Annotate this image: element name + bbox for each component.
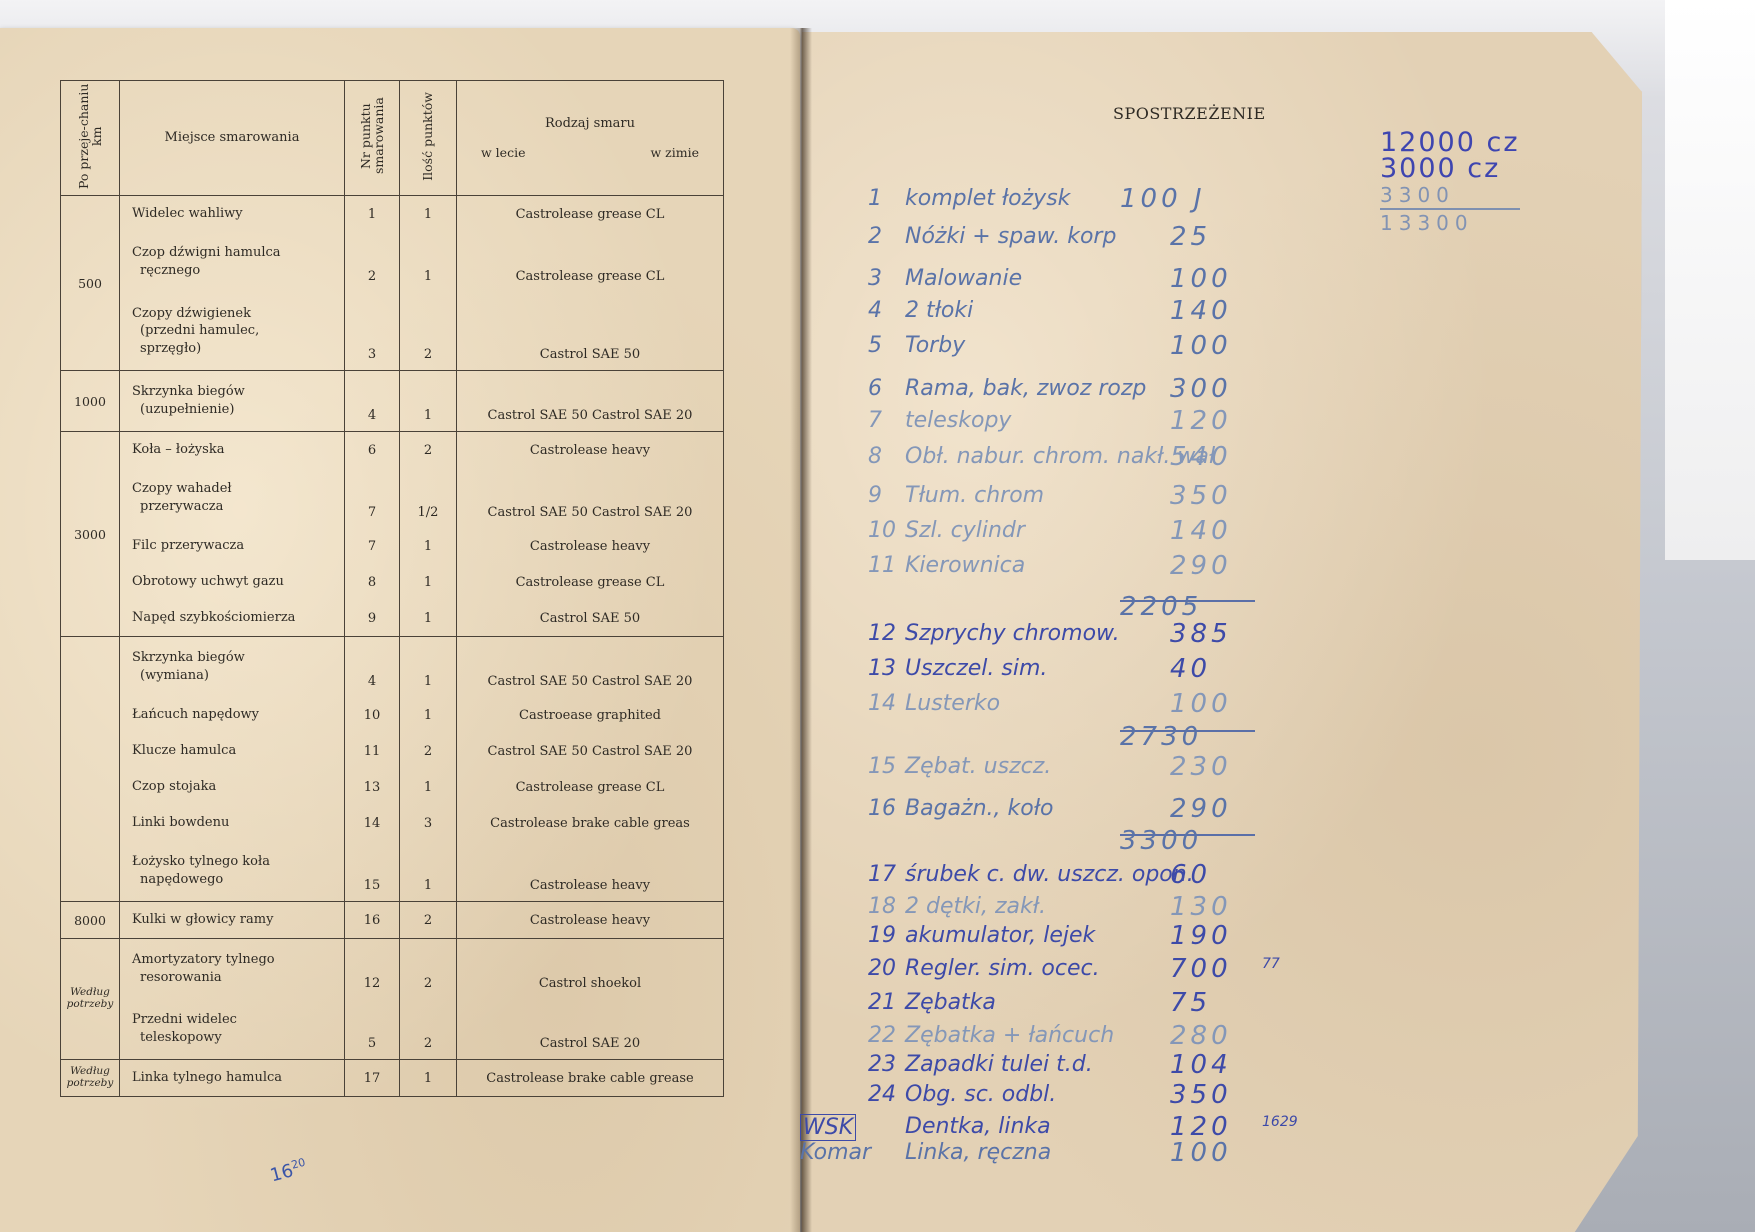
point-number: 3: [345, 292, 400, 371]
point-count: 1: [400, 1060, 457, 1097]
note-number: 22: [868, 1023, 896, 1048]
grease-type: Castrol SAE 50 Castrol SAE 20: [457, 637, 724, 698]
km-interval: [61, 637, 120, 902]
lubrication-place: Klucze hamulca: [120, 733, 345, 769]
lubrication-table: Po przeje-chaniu km Miejsce smarowania N…: [60, 80, 724, 1097]
lubrication-place: Łożysko tylnego kołanapędowego: [120, 841, 345, 902]
note-description: Dentka, linka: [905, 1114, 1051, 1139]
corner-calculation: 12000 cz 3000 cz 3300 13300: [1380, 130, 1520, 236]
point-number: 7: [345, 528, 400, 564]
calc-line: 3000 cz: [1380, 156, 1520, 182]
table-row: Czop dźwigni hamulcaręcznego21Castroleas…: [61, 232, 724, 292]
note-amount: 540: [1170, 442, 1232, 472]
table-row: 3000Koła – łożyska62Castrolease heavy: [61, 432, 724, 469]
grease-type: Castrolease grease CL: [457, 232, 724, 292]
point-number: 4: [345, 637, 400, 698]
place-line: resorowania: [132, 969, 344, 987]
note-number: WSK: [800, 1114, 856, 1141]
lubrication-place: Przedni widelecteleskopowy: [120, 999, 345, 1060]
lubrication-place: Linki bowdenu: [120, 805, 345, 841]
place-line: Skrzynka biegów: [132, 649, 344, 667]
place-line: Napęd szybkościomierza: [132, 609, 344, 627]
table-row: 1000Skrzynka biegów(uzupełnienie)41Castr…: [61, 371, 724, 432]
table-row: Według potrzebyAmortyzatory tylnegoresor…: [61, 939, 724, 1000]
table-row: 8000Kulki w głowicy ramy162Castrolease h…: [61, 902, 724, 939]
lubrication-place: Skrzynka biegów(uzupełnienie): [120, 371, 345, 432]
point-count: 2: [400, 292, 457, 371]
grease-type: Castrol SAE 50 Castrol SAE 20: [457, 468, 724, 528]
table-row: Skrzynka biegów(wymiana)41Castrol SAE 50…: [61, 637, 724, 698]
point-count: 3: [400, 805, 457, 841]
lubrication-place: Napęd szybkościomierza: [120, 600, 345, 637]
note-amount: 300: [1170, 374, 1232, 404]
note-number: 3: [868, 266, 882, 291]
lubrication-place: Kulki w głowicy ramy: [120, 902, 345, 939]
note-amount: 700: [1170, 954, 1232, 984]
note-number: 6: [868, 376, 882, 401]
note-amount: 120: [1170, 406, 1232, 436]
grease-type: Castrol SAE 20: [457, 999, 724, 1060]
km-interval: 500: [61, 196, 120, 371]
point-count: 1: [400, 769, 457, 805]
table-header-row: Po przeje-chaniu km Miejsce smarowania N…: [61, 81, 724, 196]
grease-type: Castrolease brake cable greas: [457, 805, 724, 841]
note-number: Komar: [800, 1140, 871, 1165]
note-description: Zębatka + łańcuch: [905, 1023, 1114, 1048]
point-count: 1: [400, 637, 457, 698]
grease-type: Castrolease heavy: [457, 432, 724, 469]
lubrication-place: Czop dźwigni hamulcaręcznego: [120, 232, 345, 292]
note-amount: 290: [1170, 794, 1232, 824]
lubrication-place: Skrzynka biegów(wymiana): [120, 637, 345, 698]
table-row: Napęd szybkościomierza91Castrol SAE 50: [61, 600, 724, 637]
table-row: Czopy dźwigienek(przedni hamulec,sprzęgł…: [61, 292, 724, 371]
note-description: 2 tłoki: [905, 298, 973, 323]
place-line: przerywacza: [132, 498, 344, 516]
grease-type: Castrolease heavy: [457, 528, 724, 564]
book-spine: [790, 28, 812, 1232]
table-row: Linki bowdenu143Castrolease brake cable …: [61, 805, 724, 841]
lubrication-place: Czopy wahadełprzerywacza: [120, 468, 345, 528]
table-row: Klucze hamulca112Castrol SAE 50 Castrol …: [61, 733, 724, 769]
point-number: 2: [345, 232, 400, 292]
lubrication-place: Filc przerywacza: [120, 528, 345, 564]
note-amount: 350: [1170, 1080, 1232, 1110]
note-number: 20: [868, 956, 896, 981]
point-number: 6: [345, 432, 400, 469]
place-line: Przedni widelec: [132, 1011, 344, 1029]
table-row: Obrotowy uchwyt gazu81Castrolease grease…: [61, 564, 724, 600]
note-description: 2 dętki, zakł.: [905, 894, 1046, 919]
lubrication-place: Czop stojaka: [120, 769, 345, 805]
km-interval: 1000: [61, 371, 120, 432]
place-line: Klucze hamulca: [132, 742, 344, 760]
grease-type: Castrol SAE 50 Castrol SAE 20: [457, 733, 724, 769]
header-winter: w zimie: [650, 145, 699, 160]
point-count: 1/2: [400, 468, 457, 528]
table-row: Według potrzebyLinka tylnego hamulca171C…: [61, 1060, 724, 1097]
point-number: 9: [345, 600, 400, 637]
lubrication-place: Czopy dźwigienek(przedni hamulec,sprzęgł…: [120, 292, 345, 371]
place-line: teleskopowy: [132, 1029, 344, 1047]
note-description: Nóżki + spaw. korp: [905, 224, 1116, 249]
note-description: Obg. sc. odbl.: [905, 1082, 1056, 1107]
note-number: 4: [868, 298, 882, 323]
point-count: 2: [400, 999, 457, 1060]
note-subtotal: 2205: [1120, 592, 1202, 622]
point-count: 2: [400, 432, 457, 469]
note-number: 16: [868, 796, 896, 821]
point-count: 2: [400, 733, 457, 769]
grease-type: Castrolease grease CL: [457, 196, 724, 233]
point-count: 2: [400, 902, 457, 939]
point-count: 1: [400, 528, 457, 564]
point-count: 1: [400, 841, 457, 902]
note-amount: 100 J: [1120, 184, 1206, 214]
note-description: Szl. cylindr: [905, 518, 1025, 543]
note-description: Uszczel. sim.: [905, 656, 1047, 681]
note-number: 17: [868, 862, 896, 887]
note-number: 23: [868, 1052, 896, 1077]
note-amount: 25: [1170, 222, 1211, 252]
point-number: 16: [345, 902, 400, 939]
point-number: 8: [345, 564, 400, 600]
note-amount: 290: [1170, 551, 1232, 581]
place-line: Czop stojaka: [132, 778, 344, 796]
note-description: komplet łożysk: [905, 186, 1070, 211]
table-row: Filc przerywacza71Castrolease heavy: [61, 528, 724, 564]
note-amount: 60: [1170, 860, 1211, 890]
lubrication-place: Koła – łożyska: [120, 432, 345, 469]
point-number: 12: [345, 939, 400, 1000]
note-description: Malowanie: [905, 266, 1022, 291]
km-interval: 3000: [61, 432, 120, 637]
note-description: Zębatka: [905, 990, 996, 1015]
note-amount: 140: [1170, 516, 1232, 546]
note-number: 18: [868, 894, 896, 919]
place-line: Czopy dźwigienek: [132, 305, 344, 323]
point-number: 5: [345, 999, 400, 1060]
note-amount: 140: [1170, 296, 1232, 326]
place-line: Filc przerywacza: [132, 537, 344, 555]
note-number: 15: [868, 754, 896, 779]
place-line: Obrotowy uchwyt gazu: [132, 573, 344, 591]
note-amount: 100: [1170, 264, 1232, 294]
note-description: teleskopy: [905, 408, 1011, 433]
note-number: 5: [868, 333, 882, 358]
note-number: 7: [868, 408, 882, 433]
table-row: 500Widelec wahliwy11Castrolease grease C…: [61, 196, 724, 233]
lubrication-place: Amortyzatory tylnegoresorowania: [120, 939, 345, 1000]
point-count: 1: [400, 564, 457, 600]
note-amount: 350: [1170, 481, 1232, 511]
note-description: Bagażn., koło: [905, 796, 1053, 821]
note-description: Obł. nabur. chrom. nakł. wał: [905, 444, 1215, 469]
page-title: SPOSTRZEŻENIE: [1113, 104, 1266, 123]
grease-type: Castrolease grease CL: [457, 564, 724, 600]
place-line: Linka tylnego hamulca: [132, 1069, 344, 1087]
table-row: Czopy wahadełprzerywacza71/2Castrol SAE …: [61, 468, 724, 528]
grease-type: Castrolease heavy: [457, 902, 724, 939]
lubrication-place: Łańcuch napędowy: [120, 697, 345, 733]
point-number: 11: [345, 733, 400, 769]
grease-type: Castrol shoekol: [457, 939, 724, 1000]
header-grease-type-label: Rodzaj smaru: [457, 116, 723, 131]
table-row: Łożysko tylnego kołanapędowego151Castrol…: [61, 841, 724, 902]
point-number: 4: [345, 371, 400, 432]
table-row: Przedni widelecteleskopowy52Castrol SAE …: [61, 999, 724, 1060]
place-line: Widelec wahliwy: [132, 205, 344, 223]
point-number: 13: [345, 769, 400, 805]
km-interval: Według potrzeby: [61, 1060, 120, 1097]
calc-line: 13300: [1380, 208, 1520, 236]
note-subtotal: 3300: [1120, 826, 1202, 856]
place-line: (uzupełnienie): [132, 401, 344, 419]
place-line: sprzęgło): [132, 340, 344, 358]
point-count: 2: [400, 939, 457, 1000]
grease-type: Castrol SAE 50: [457, 292, 724, 371]
note-number: 19: [868, 923, 896, 948]
place-line: ręcznego: [132, 262, 344, 280]
table-body: 500Widelec wahliwy11Castrolease grease C…: [61, 196, 724, 1097]
lubrication-place: Linka tylnego hamulca: [120, 1060, 345, 1097]
note-number: 2: [868, 224, 882, 249]
note-number: 11: [868, 553, 896, 578]
note-description: Torby: [905, 333, 965, 358]
note-amount: 100: [1170, 689, 1232, 719]
grease-type: Castrolease brake cable grease: [457, 1060, 724, 1097]
calc-line: 3300: [1380, 182, 1520, 208]
place-line: Linki bowdenu: [132, 814, 344, 832]
header-point-nr: Nr punktu smarowania: [345, 81, 400, 196]
note-side-figure: 77: [1262, 956, 1280, 972]
header-point-count: Ilość punktów: [400, 81, 457, 196]
note-amount: 230: [1170, 752, 1232, 782]
point-number: 14: [345, 805, 400, 841]
km-interval: Według potrzeby: [61, 939, 120, 1060]
note-amount: 104: [1170, 1050, 1232, 1080]
note-description: Tłum. chrom: [905, 483, 1044, 508]
note-description: Regler. sim. ocec.: [905, 956, 1100, 981]
note-amount: 100: [1170, 331, 1232, 361]
place-line: Łańcuch napędowy: [132, 706, 344, 724]
note-side-figure: 1629: [1262, 1114, 1298, 1130]
note-description: Zapadki tulei t.d.: [905, 1052, 1093, 1077]
header-km: Po przeje-chaniu km: [61, 81, 120, 196]
note-description: śrubek c. dw. uszcz. opon.: [905, 862, 1194, 887]
place-line: Kulki w głowicy ramy: [132, 911, 344, 929]
note-amount: 100: [1170, 1138, 1232, 1168]
point-number: 10: [345, 697, 400, 733]
note-number: 21: [868, 990, 896, 1015]
point-number: 17: [345, 1060, 400, 1097]
note-number: 12: [868, 621, 896, 646]
note-description: Szprychy chromow.: [905, 621, 1120, 646]
place-line: napędowego: [132, 871, 344, 889]
note-description: Linka, ręczna: [905, 1140, 1051, 1165]
point-count: 1: [400, 371, 457, 432]
note-amount: 130: [1170, 892, 1232, 922]
note-description: Zębat. uszcz.: [905, 754, 1051, 779]
note-number: 10: [868, 518, 896, 543]
point-number: 1: [345, 196, 400, 233]
point-count: 1: [400, 232, 457, 292]
table-row: Łańcuch napędowy101Castroease graphited: [61, 697, 724, 733]
grease-type: Castroease graphited: [457, 697, 724, 733]
km-interval: 8000: [61, 902, 120, 939]
lubrication-place: Widelec wahliwy: [120, 196, 345, 233]
note-amount: 385: [1170, 619, 1232, 649]
note-number: 14: [868, 691, 896, 716]
note-amount: 75: [1170, 988, 1211, 1018]
note-amount: 280: [1170, 1021, 1232, 1051]
place-line: (wymiana): [132, 667, 344, 685]
place-line: Czopy wahadeł: [132, 480, 344, 498]
note-number: 24: [868, 1082, 896, 1107]
place-line: Amortyzatory tylnego: [132, 951, 344, 969]
scan-background: [1665, 0, 1755, 560]
point-count: 1: [400, 600, 457, 637]
point-number: 15: [345, 841, 400, 902]
note-description: Rama, bak, zwoz rozp: [905, 376, 1146, 401]
note-description: akumulator, lejek: [905, 923, 1095, 948]
place-line: Łożysko tylnego koła: [132, 853, 344, 871]
place-line: Koła – łożyska: [132, 441, 344, 459]
note-subtotal: 2730: [1120, 722, 1202, 752]
note-number: 1: [868, 186, 882, 211]
grease-type: Castrolease heavy: [457, 841, 724, 902]
note-description: Lusterko: [905, 691, 1000, 716]
grease-type: Castrol SAE 50: [457, 600, 724, 637]
note-number: 13: [868, 656, 896, 681]
note-amount: 190: [1170, 921, 1232, 951]
table-row: Czop stojaka131Castrolease grease CL: [61, 769, 724, 805]
grease-type: Castrol SAE 50 Castrol SAE 20: [457, 371, 724, 432]
note-number: 9: [868, 483, 882, 508]
header-summer: w lecie: [481, 145, 525, 160]
note-description: Kierownica: [905, 553, 1025, 578]
point-count: 1: [400, 196, 457, 233]
point-count: 1: [400, 697, 457, 733]
point-number: 7: [345, 468, 400, 528]
header-place: Miejsce smarowania: [120, 81, 345, 196]
header-grease-type: Rodzaj smaru w lecie w zimie: [457, 81, 724, 196]
note-number: 8: [868, 444, 882, 469]
grease-type: Castrolease grease CL: [457, 769, 724, 805]
note-amount: 40: [1170, 654, 1211, 684]
place-line: Skrzynka biegów: [132, 383, 344, 401]
place-line: Czop dźwigni hamulca: [132, 244, 344, 262]
lubrication-place: Obrotowy uchwyt gazu: [120, 564, 345, 600]
place-line: (przedni hamulec,: [132, 322, 344, 340]
